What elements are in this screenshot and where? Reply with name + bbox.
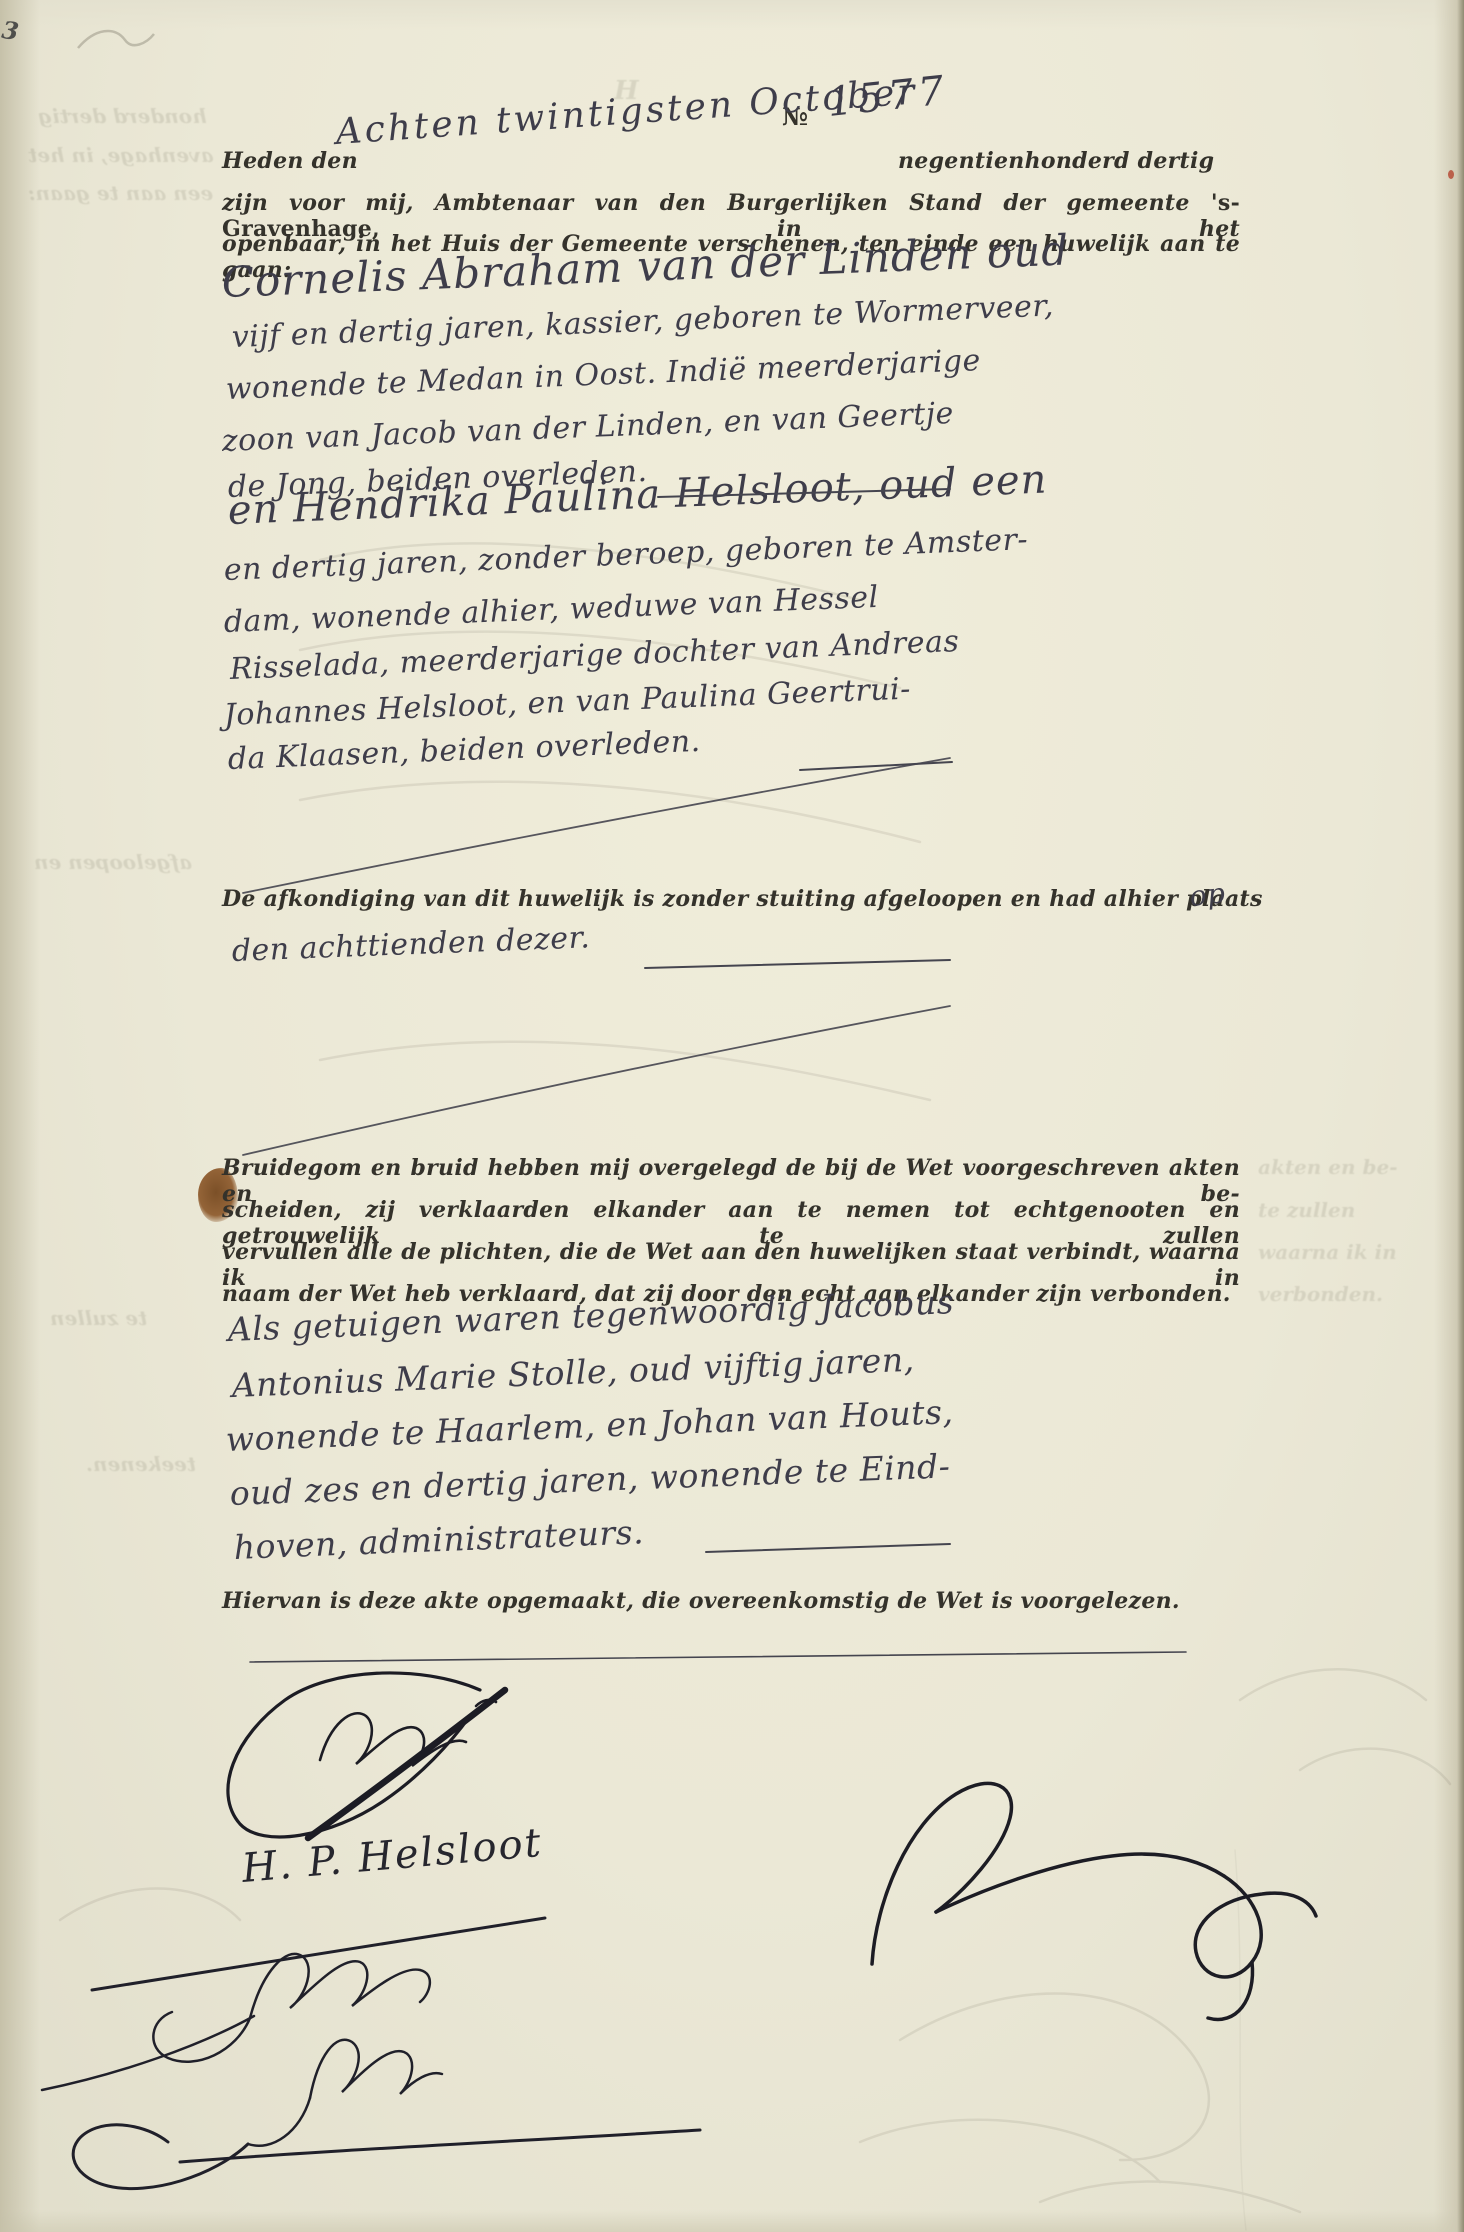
bride-line: da Klaasen, beiden overleden. <box>227 724 701 777</box>
announcement-rule <box>645 960 950 968</box>
bride-rule <box>800 762 952 770</box>
pencil-squiggle <box>78 31 154 48</box>
witness-line: hoven, administrateurs. <box>233 1512 645 1567</box>
void-strike-2 <box>243 1006 950 1155</box>
groom-signature <box>228 1673 505 1838</box>
announcement-line: De afkondiging van dit huwelijk is zonde… <box>222 886 1263 912</box>
intro-year: negentienhonderd dertig <box>898 148 1214 174</box>
bleedthrough-fragment: afgeloopen en <box>34 850 192 874</box>
bleedthrough-fragment: waarna ik in <box>1258 1240 1397 1264</box>
registrar-signature <box>872 1783 1316 2019</box>
bride-line: en dertig jaren, zonder beroep, geboren … <box>223 522 1028 588</box>
witness-line: Antonius Marie Stolle, oud vijftig jaren… <box>231 1340 915 1405</box>
bleedthrough-fragment: honderd dertig <box>38 104 207 128</box>
witness2-signature <box>73 2040 700 2189</box>
bleedthrough-fragment: teekenen. <box>86 1452 196 1476</box>
bleedthrough-fragment: te zullen <box>50 1306 147 1330</box>
red-speck <box>1448 170 1454 179</box>
groom-line: zoon van Jacob van der Linden, en van Ge… <box>221 396 954 459</box>
bleedthrough-fragment: te zullen <box>1258 1198 1355 1222</box>
closing-line: Hiervan is deze akte opgemaakt, die over… <box>222 1588 1180 1614</box>
bleedthrough-fragment: verbonden. <box>1258 1282 1383 1306</box>
void-strike-1 <box>243 758 950 893</box>
announcement-date-handwritten: den achttienden dezer. <box>231 920 591 969</box>
corner-mark: 3 <box>0 15 21 46</box>
witness-rule <box>706 1544 950 1552</box>
bleedthrough-fragment: avenhage, in het <box>28 143 214 167</box>
groom-line: wonende te Medan in Oost. Indië meerderj… <box>225 343 981 407</box>
marriage-certificate-page: 3 honderd dertig avenhage, in het een aa… <box>0 0 1464 2232</box>
announcement-op-handwritten: op <box>1188 876 1227 913</box>
witness1-signature <box>42 1918 545 2090</box>
witness-line: oud zes en dertig jaren, wonende te Eind… <box>229 1446 951 1513</box>
witness-line: wonende te Haarlem, en Johan van Houts, <box>225 1392 954 1459</box>
signature-rule <box>250 1652 1186 1662</box>
bride-signature: H. P. Helsloot <box>240 1820 544 1892</box>
intro-line-2a: zijn voor mij, Ambtenaar van den Burgerl… <box>222 190 1190 216</box>
bleedthrough-fragment: een aan te gaan: <box>28 181 213 205</box>
bleedthrough-fragment: akten en be- <box>1258 1155 1398 1179</box>
